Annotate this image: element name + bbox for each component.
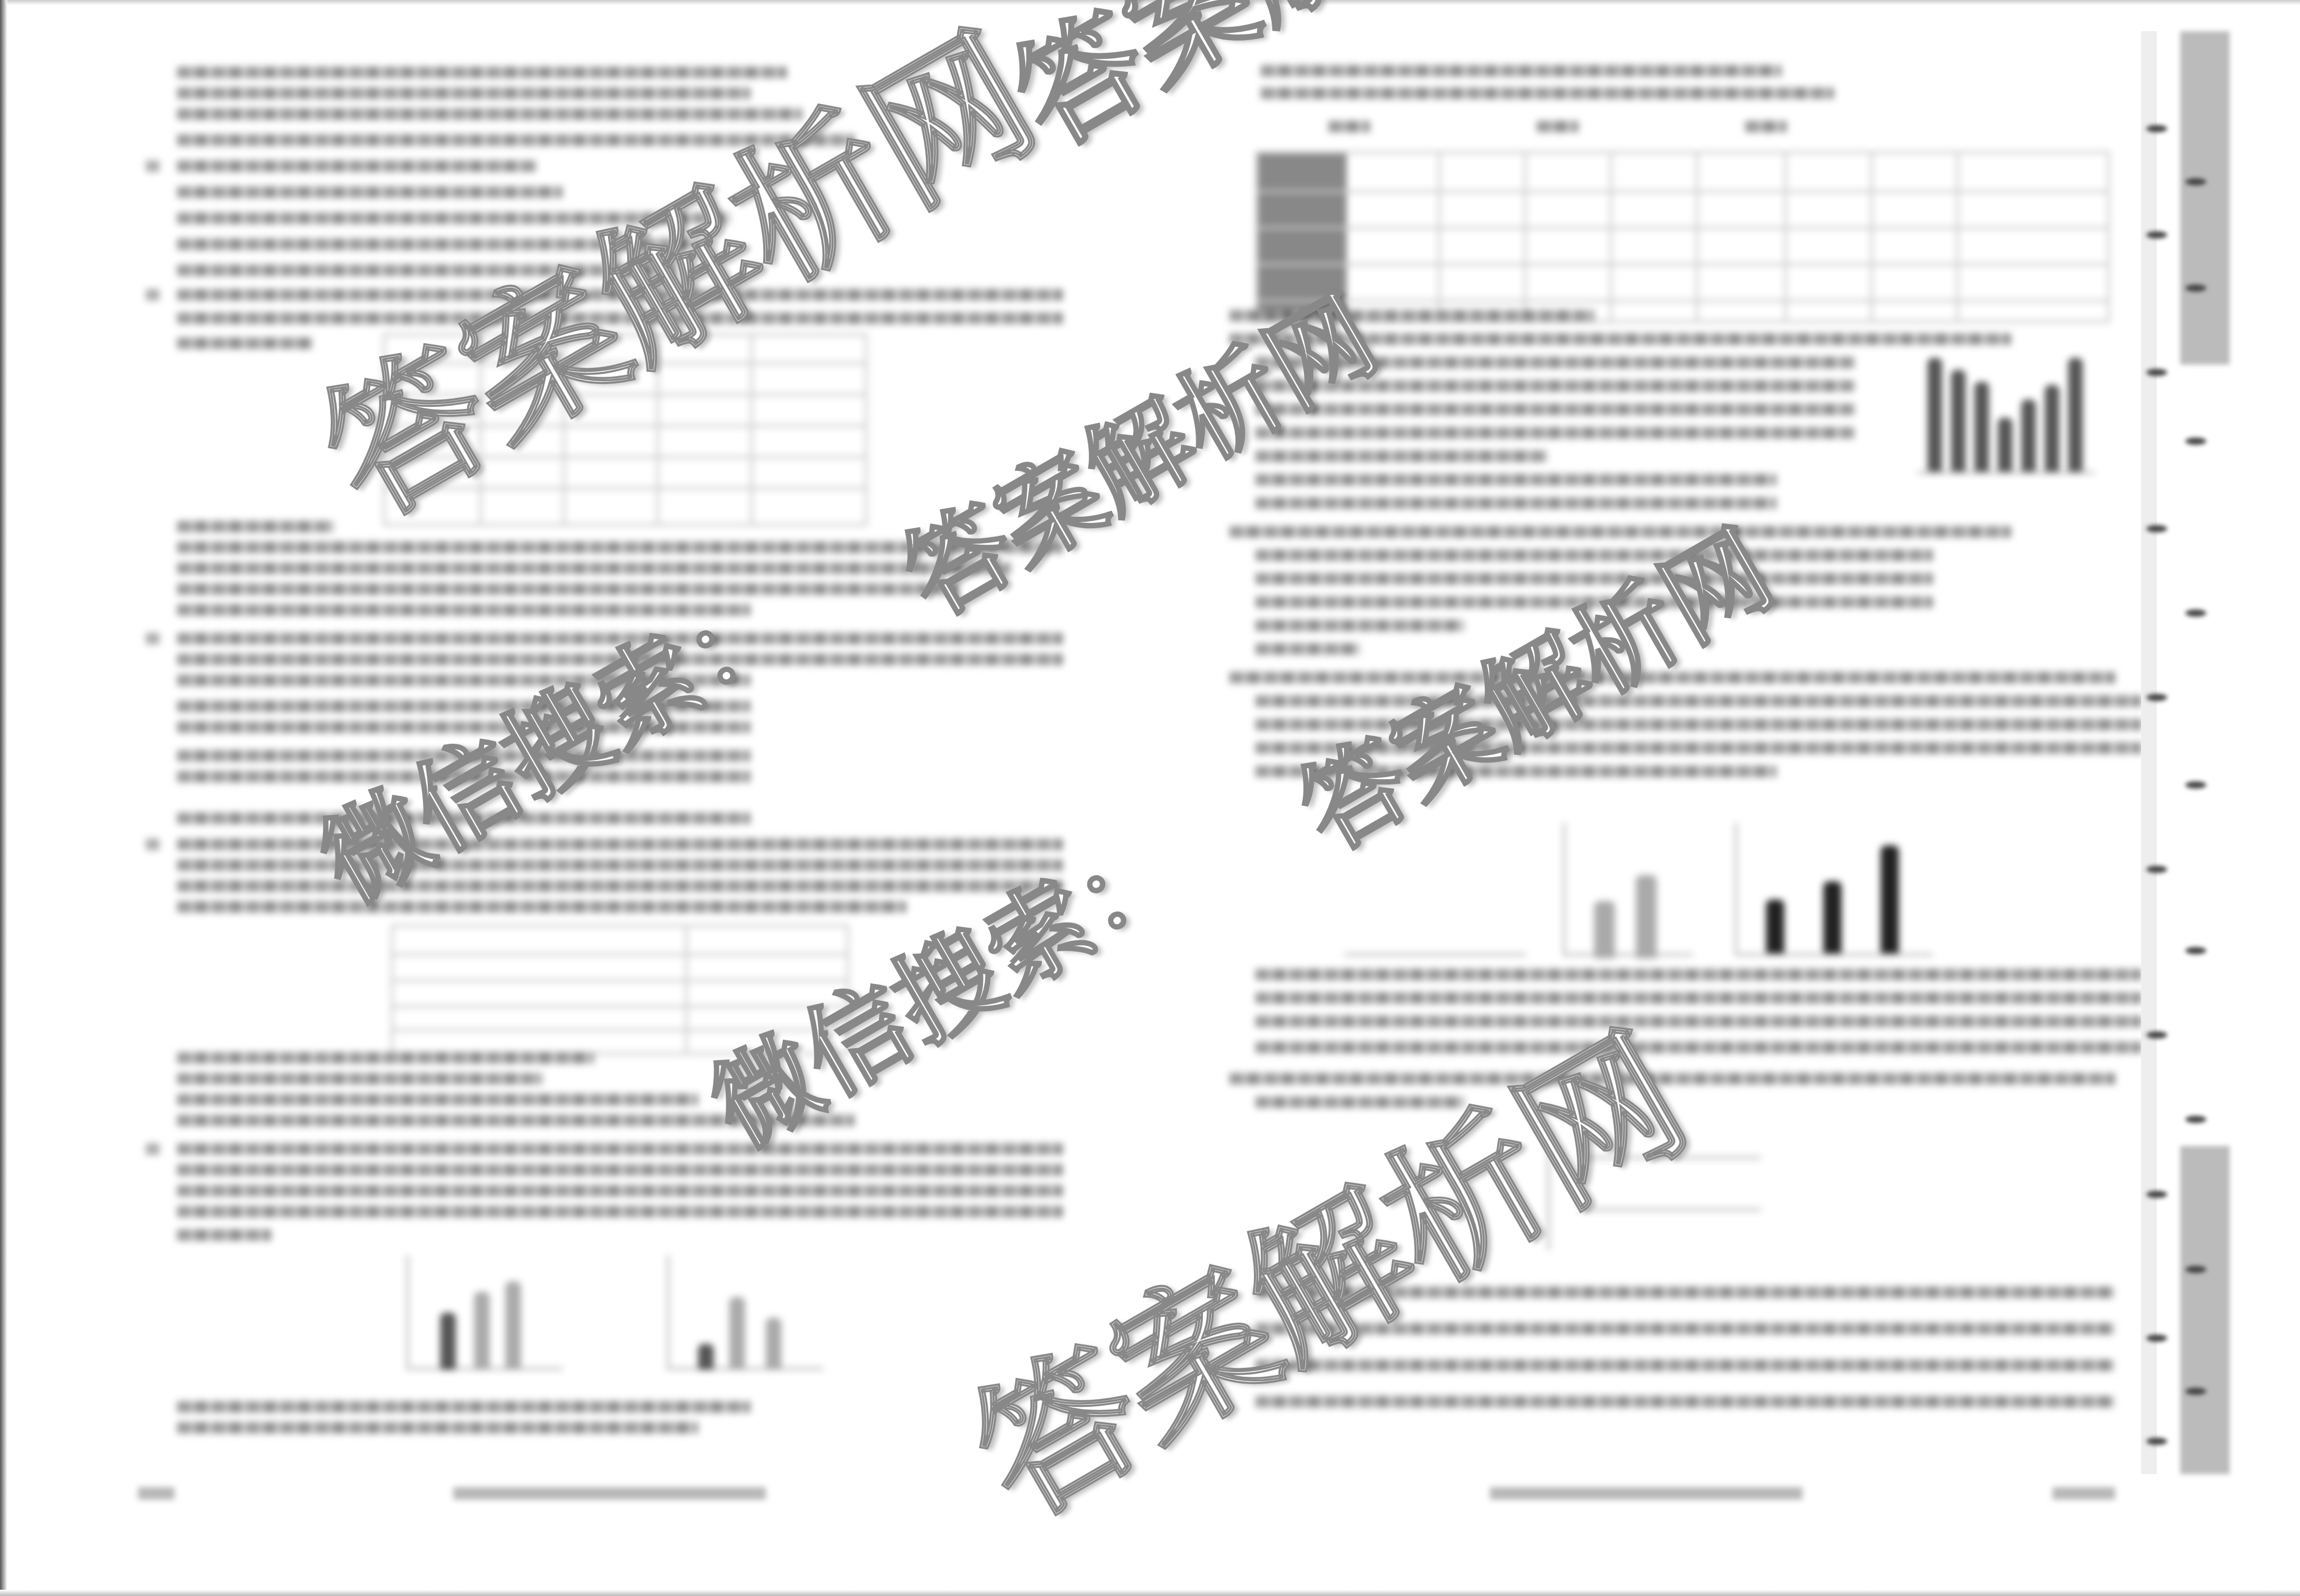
left-page-number [138,1487,175,1500]
side-marker [2146,1438,2167,1445]
side-marker [2146,1191,2167,1198]
side-marker [2185,1116,2206,1123]
side-marker [2146,525,2167,532]
side-marker [2146,125,2167,132]
chart-bar [1928,358,1942,472]
side-marker [2185,947,2206,954]
right-grid-table [1255,151,2110,323]
chart-bar [2021,400,2036,471]
chart-bar [1823,881,1842,953]
left-chart-2 [656,1255,865,1370]
side-marker [2146,231,2167,239]
side-marker [2146,866,2167,873]
side-marker [2185,438,2206,445]
side-marker [2146,369,2167,376]
chart-bar [1998,418,2012,472]
side-marker [2185,284,2206,292]
side-marker [2146,694,2167,701]
right-footer-tag [2053,1487,2115,1500]
side-band-bottom [2180,1146,2230,1474]
left-chart-1 [396,1255,604,1370]
chart-bar [2068,358,2083,472]
side-band-top [2180,31,2230,365]
side-marker [2185,1388,2206,1395]
chart-bar [1951,370,1966,472]
right-bar-chart [1917,349,2094,474]
side-marker [2185,178,2206,185]
chart-bar [1881,845,1899,953]
binding-strip [2141,31,2157,1474]
side-marker [2146,1031,2167,1039]
right-chart-group [1344,823,2073,958]
left-footer-label [453,1487,766,1500]
chart-bar [1974,382,1989,472]
side-marker [2185,781,2206,789]
right-footer-label [1490,1487,1802,1500]
side-marker [2185,1266,2206,1273]
chart-bar [2045,385,2059,471]
side-marker [2146,1335,2167,1342]
side-marker [2185,609,2206,617]
chart-bar [1766,900,1784,954]
